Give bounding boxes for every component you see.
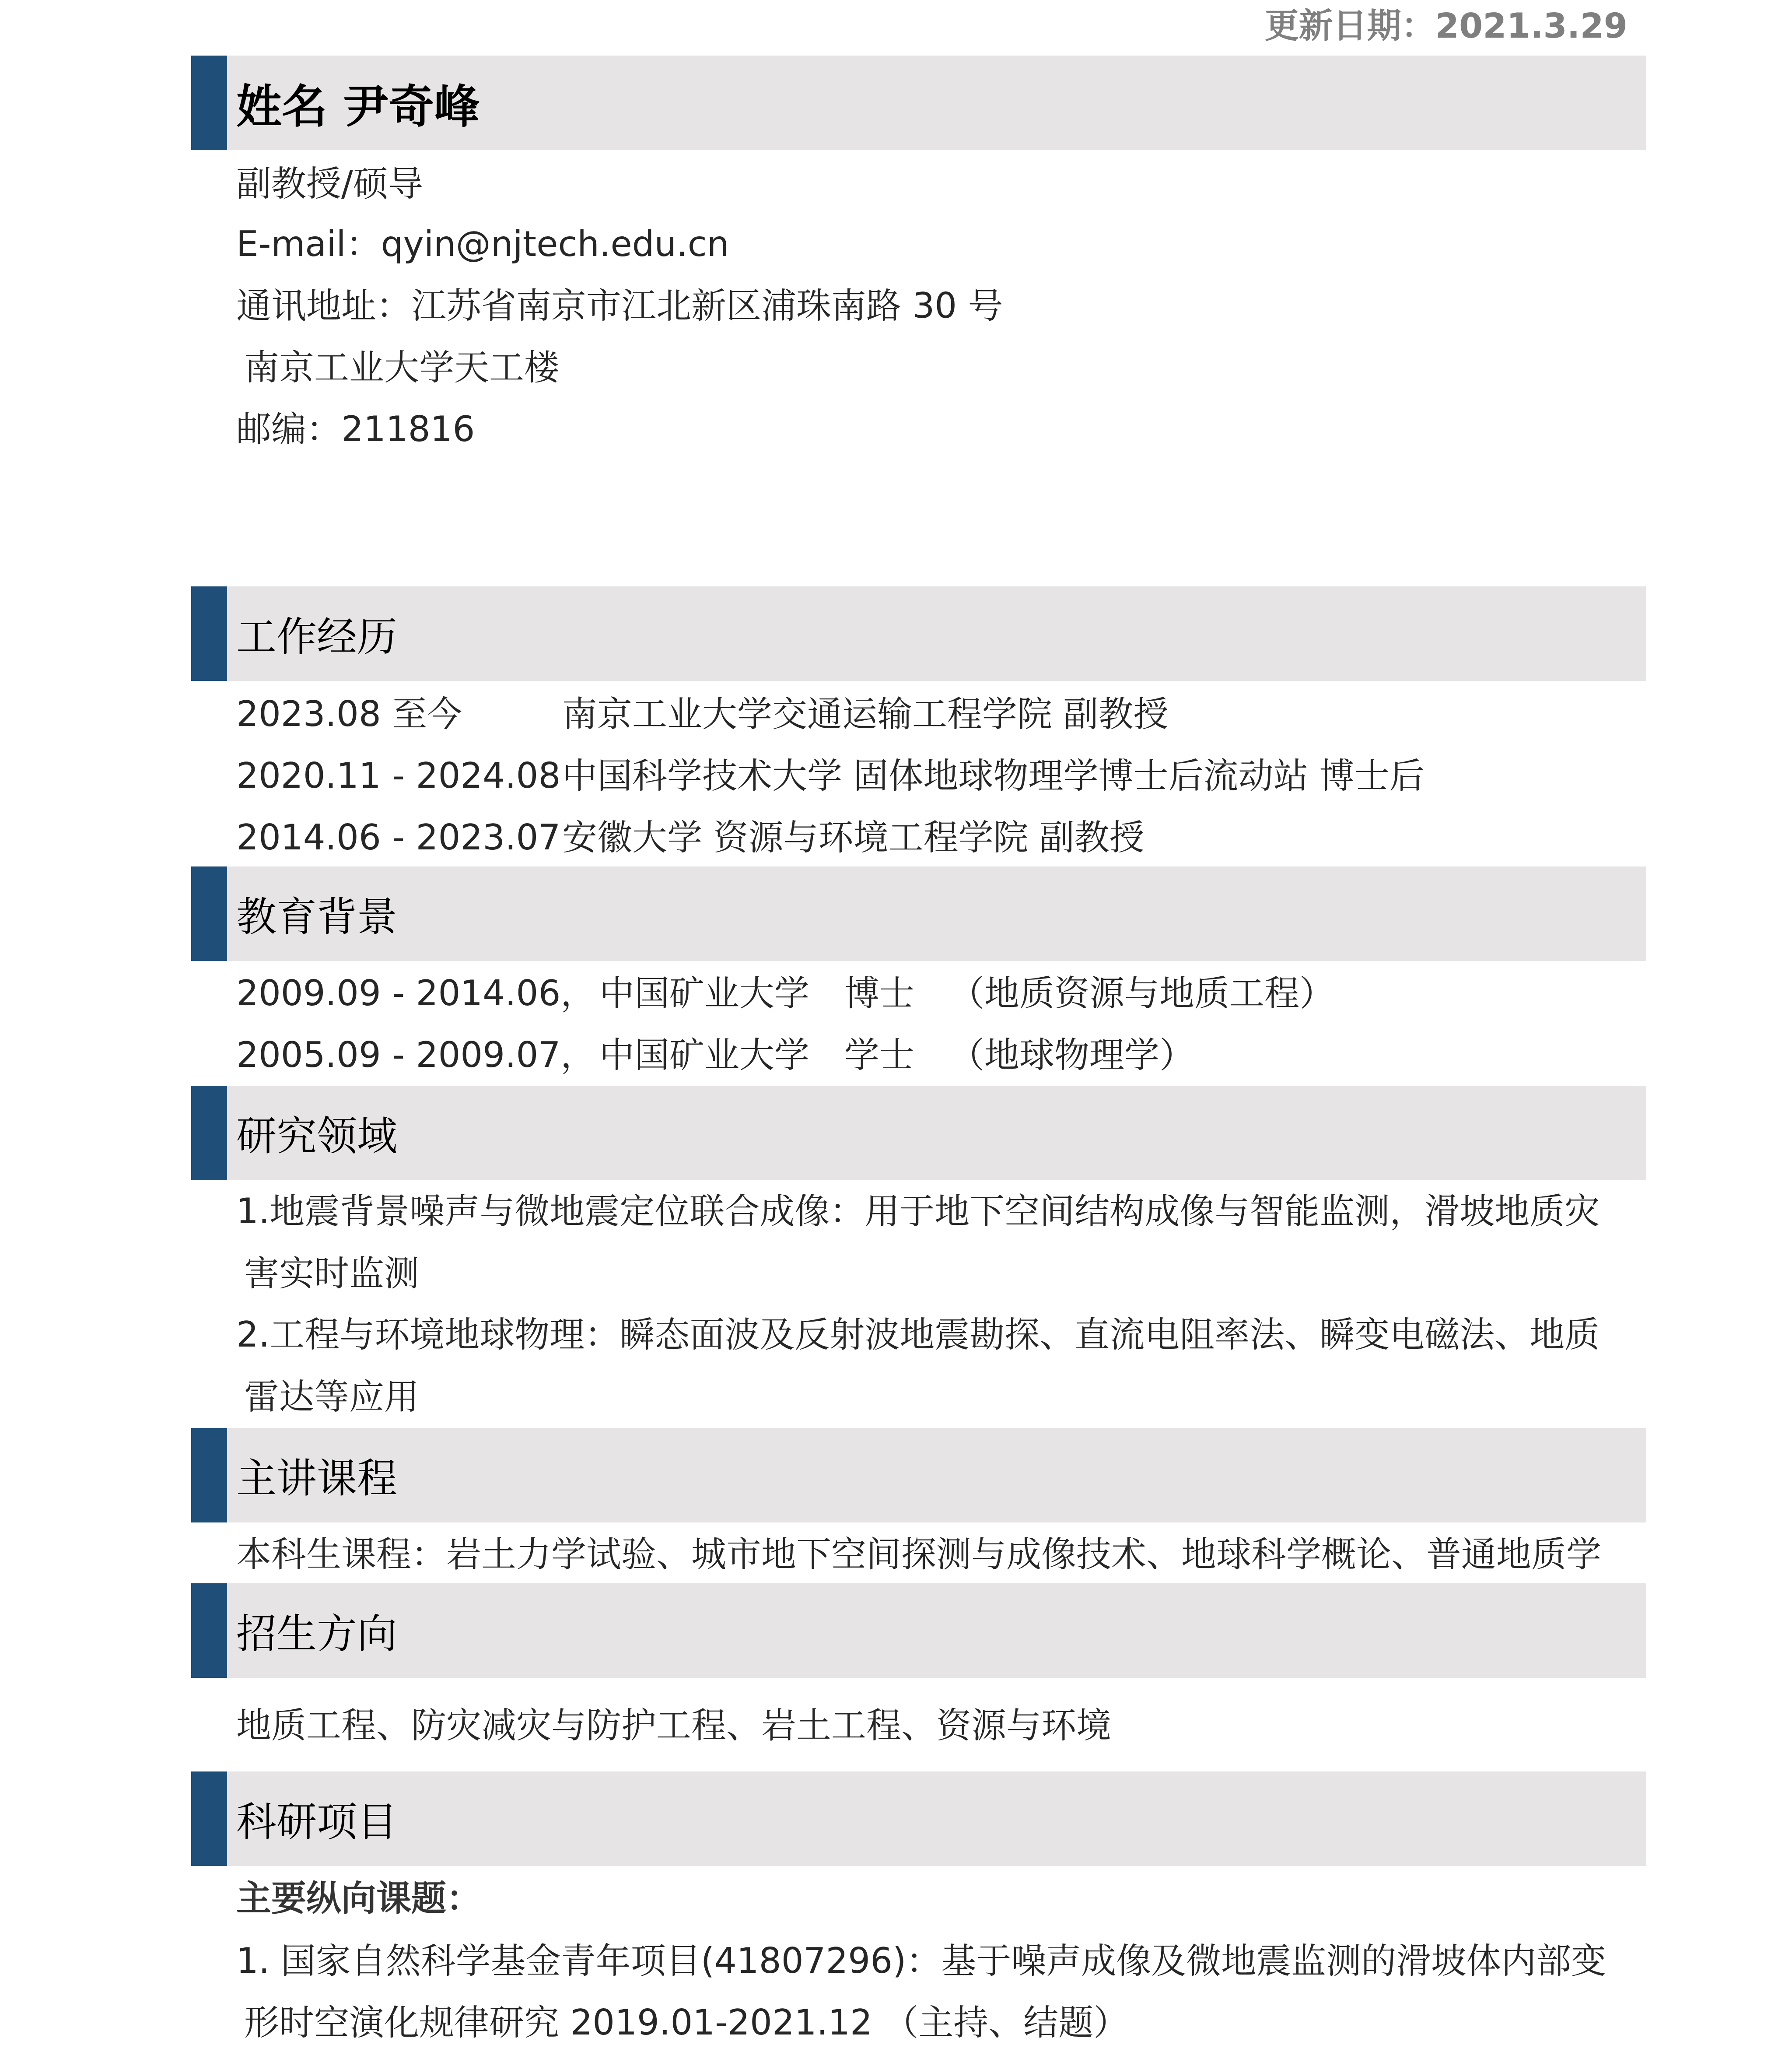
work-item: 2014.06 - 2023.07 安徽大学 资源与环境工程学院 副教授 [236,816,1144,859]
name-title: 姓名 尹奇峰 [236,56,479,150]
accent-bar [191,1428,227,1522]
work-item: 2020.11 - 2024.08 中国科学技术大学 固体地球物理学博士后流动站… [236,754,1424,798]
edu-school: 中国矿业大学 [599,972,809,1015]
edu-major: （地质资源与地质工程） [949,972,1334,1015]
edu-degree: 博士 [844,972,914,1015]
edu-date: 2009.09 - 2014.06， [236,972,599,1015]
accent-bar [191,866,227,961]
name-header: 姓名 尹奇峰 [191,56,1646,150]
accent-bar [191,1086,227,1180]
profile-address: 通讯地址：江苏省南京市江北新区浦珠南路 30 号 [236,284,1003,328]
section-header-education: 教育背景 [191,866,1646,961]
work-date: 2023.08 至今 [236,692,562,736]
edu-school: 中国矿业大学 [599,1033,809,1077]
accent-bar [191,586,227,681]
section-header-work: 工作经历 [191,586,1646,681]
section-title: 教育背景 [236,866,397,961]
edu-date: 2005.09 - 2009.07， [236,1033,599,1077]
section-header-projects: 科研项目 [191,1771,1646,1866]
section-header-courses: 主讲课程 [191,1428,1646,1522]
section-header-admission: 招生方向 [191,1583,1646,1678]
research-item: 2.工程与环境地球物理：瞬态面波及反射波地震勘探、直流电阻率法、瞬变电磁法、地质 [236,1313,1599,1357]
section-title: 科研项目 [236,1771,397,1866]
work-desc: 中国科学技术大学 固体地球物理学博士后流动站 博士后 [562,754,1424,798]
section-title: 主讲课程 [236,1428,397,1522]
research-item: 1.地震背景噪声与微地震定位联合成像：用于地下空间结构成像与智能监测，滑坡地质灾 [236,1189,1599,1233]
admission-text: 地质工程、防灾减灾与防护工程、岩土工程、资源与环境 [236,1704,1111,1747]
education-item: 2009.09 - 2014.06， 中国矿业大学 博士 （地质资源与地质工程） [236,972,1334,1015]
edu-degree: 学士 [844,1033,914,1077]
work-item: 2023.08 至今 南京工业大学交通运输工程学院 副教授 [236,692,1168,736]
accent-bar [191,1583,227,1678]
update-date: 更新日期：2021.3.29 [1265,4,1627,48]
education-item: 2005.09 - 2009.07， 中国矿业大学 学士 （地球物理学） [236,1033,1194,1077]
work-desc: 安徽大学 资源与环境工程学院 副教授 [562,816,1144,859]
research-item-cont: 害实时监测 [244,1252,419,1295]
project-item-cont: 形时空演化规律研究 2019.01-2021.12 （主持、结题） [244,2001,1128,2045]
section-header-research: 研究领域 [191,1086,1646,1180]
work-date: 2020.11 - 2024.08 [236,754,562,798]
section-title: 研究领域 [236,1086,397,1180]
profile-address-2: 南京工业大学天工楼 [244,346,559,389]
edu-major: （地球物理学） [949,1033,1194,1077]
profile-title: 副教授/硕导 [236,162,423,206]
work-desc: 南京工业大学交通运输工程学院 副教授 [562,692,1168,736]
project-item: 1. 国家自然科学基金青年项目(41807296)：基于噪声成像及微地震监测的滑… [236,1939,1606,1983]
section-title: 招生方向 [236,1583,397,1678]
section-title: 工作经历 [236,586,397,681]
profile-postcode: 邮编：211816 [236,407,475,451]
projects-subtitle: 主要纵向课题： [236,1877,481,1920]
accent-bar [191,56,227,150]
work-date: 2014.06 - 2023.07 [236,816,562,859]
research-item-cont: 雷达等应用 [244,1375,419,1419]
courses-text: 本科生课程：岩土力学试验、城市地下空间探测与成像技术、地球科学概论、普通地质学 [236,1533,1601,1576]
profile-email: E-mail：qyin@njtech.edu.cn [236,222,729,266]
accent-bar [191,1771,227,1866]
